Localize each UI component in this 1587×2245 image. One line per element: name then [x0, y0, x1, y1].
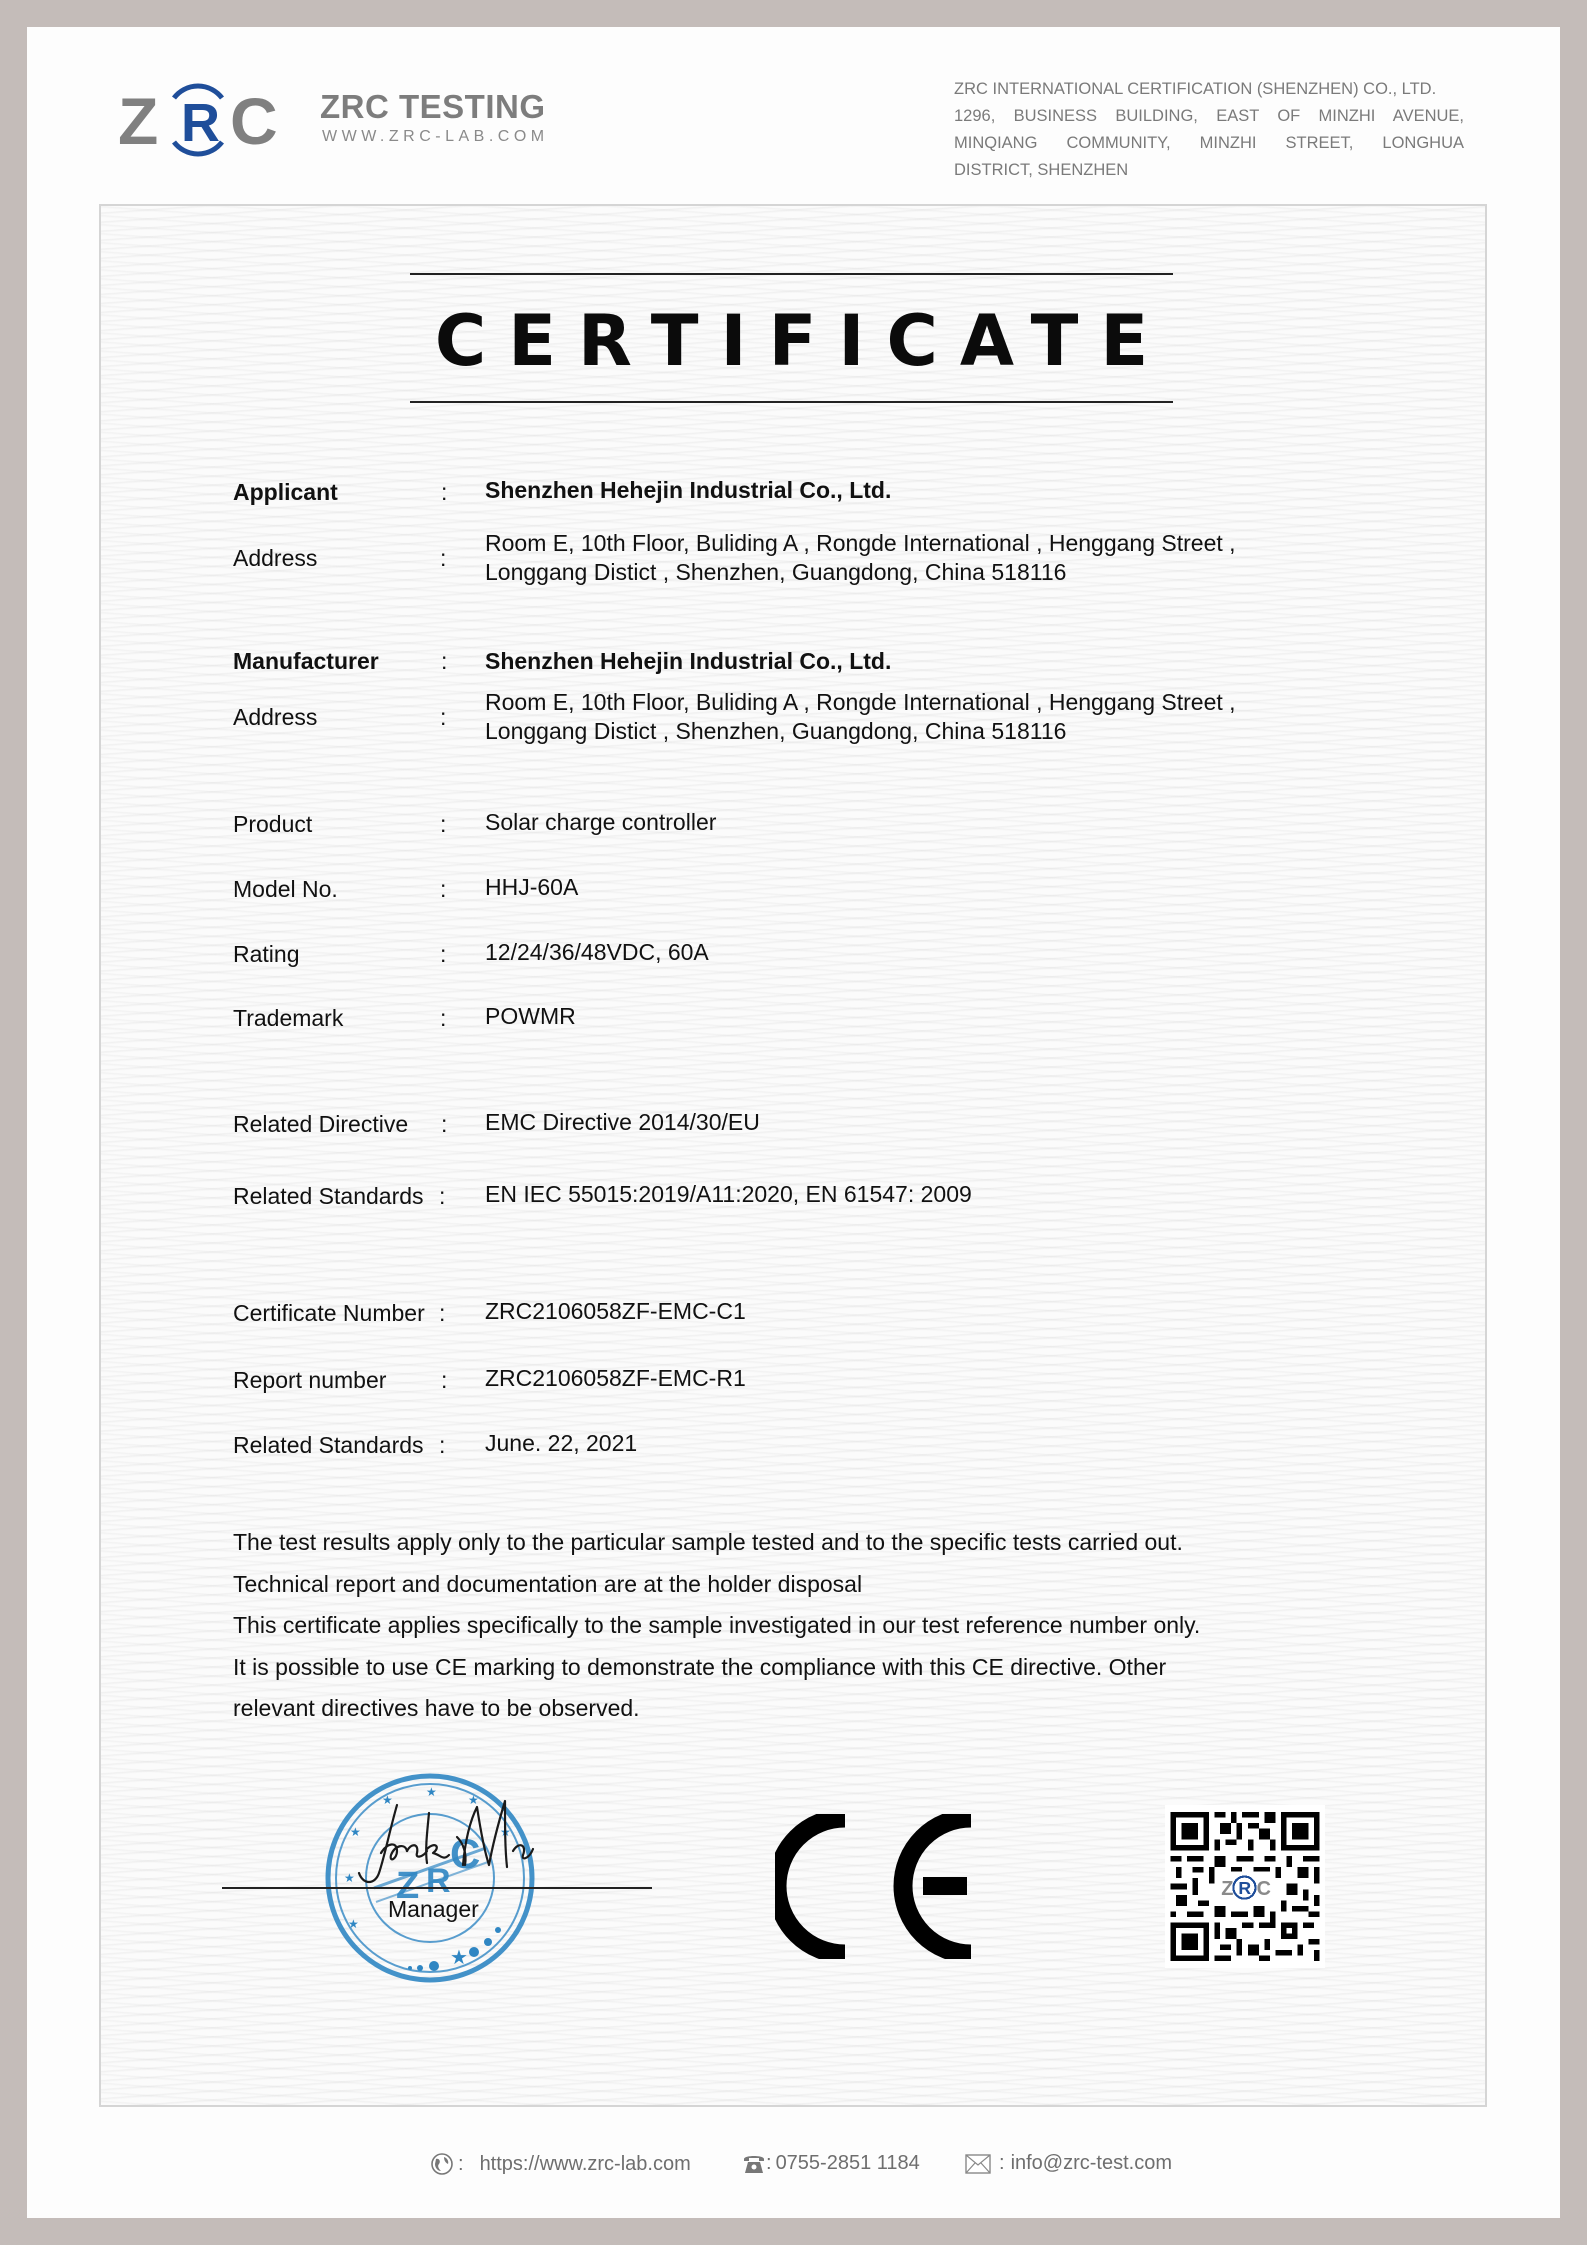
certificate-number-value: ZRC2106058ZF-EMC-C1 — [485, 1297, 746, 1326]
manufacturer-value: Shenzhen Hehejin Industrial Co., Ltd. — [485, 647, 891, 676]
date-value: June. 22, 2021 — [485, 1429, 637, 1458]
report-number-value: ZRC2106058ZF-EMC-R1 — [485, 1364, 746, 1393]
title-rule-top — [410, 273, 1173, 275]
telephone-icon — [742, 2153, 766, 2175]
address-line: Longgang Distict , Shenzhen, Guangdong, … — [485, 558, 1236, 587]
applicant-address-label: Address — [233, 545, 317, 572]
manufacturer-address-value: Room E, 10th Floor, Buliding A , Rongde … — [485, 688, 1236, 746]
svg-text:C: C — [230, 84, 278, 158]
certificate-notes: The test results apply only to the parti… — [233, 1522, 1333, 1730]
footer-contact: : https://www.zrc-lab.com : 0755-2851 11… — [0, 2152, 1587, 2182]
model-label: Model No. — [233, 876, 338, 903]
certificate-title: CERTIFICATE — [410, 300, 1173, 382]
svg-text:★: ★ — [348, 1917, 359, 1931]
address-line: Longgang Distict , Shenzhen, Guangdong, … — [485, 717, 1236, 746]
separator: : — [766, 2152, 772, 2175]
trademark-label: Trademark — [233, 1005, 343, 1032]
svg-text:★: ★ — [450, 1947, 468, 1969]
address-line: Room E, 10th Floor, Buliding A , Rongde … — [485, 688, 1236, 717]
manufacturer-address-label: Address — [233, 704, 317, 731]
brand-name: ZRC TESTING — [320, 88, 546, 126]
rating-value: 12/24/36/48VDC, 60A — [485, 938, 709, 967]
footer-email: : info@zrc-test.com — [965, 2152, 1172, 2175]
zrc-logo: Z R C — [118, 80, 298, 160]
separator: : — [458, 2153, 464, 2176]
product-value: Solar charge controller — [485, 808, 716, 837]
separator: : — [999, 2152, 1005, 2175]
footer-website: : https://www.zrc-lab.com — [430, 2152, 691, 2176]
directive-value: EMC Directive 2014/30/EU — [485, 1108, 760, 1137]
certificate-number-label: Certificate Number — [233, 1300, 425, 1327]
note-line: This certificate applies specifically to… — [233, 1605, 1333, 1647]
manager-signature — [345, 1793, 575, 1893]
address-line: Room E, 10th Floor, Buliding A , Rongde … — [485, 529, 1236, 558]
email-link[interactable]: info@zrc-test.com — [1011, 2152, 1172, 2175]
standards-value: EN IEC 55015:2019/A11:2020, EN 61547: 20… — [485, 1180, 972, 1209]
colon: : — [440, 1005, 446, 1032]
colon: : — [441, 1367, 447, 1394]
applicant-label: Applicant — [233, 479, 338, 506]
company-name: ZRC INTERNATIONAL CERTIFICATION (SHENZHE… — [954, 76, 1464, 103]
applicant-value: Shenzhen Hehejin Industrial Co., Ltd. — [485, 476, 891, 505]
colon: : — [440, 704, 446, 731]
rating-label: Rating — [233, 941, 299, 968]
company-address-line: DISTRICT, SHENZHEN — [954, 157, 1464, 184]
applicant-address-value: Room E, 10th Floor, Buliding A , Rongde … — [485, 529, 1236, 587]
footer-phone: : 0755-2851 1184 — [742, 2152, 920, 2175]
model-value: HHJ-60A — [485, 873, 578, 902]
colon: : — [439, 1183, 445, 1210]
globe-icon — [430, 2152, 454, 2176]
company-address-line: 1296, BUSINESS BUILDING, EAST OF MINZHI … — [954, 103, 1464, 130]
standards-label: Related Standards — [233, 1183, 424, 1210]
date-label: Related Standards — [233, 1432, 424, 1459]
svg-text:Z: Z — [118, 84, 158, 158]
colon: : — [440, 941, 446, 968]
note-line: It is possible to use CE marking to demo… — [233, 1647, 1333, 1689]
trademark-value: POWMR — [485, 1002, 576, 1031]
svg-text:Z: Z — [1221, 1878, 1233, 1900]
colon: : — [440, 545, 446, 572]
svg-text:R: R — [181, 93, 220, 153]
svg-text:R: R — [1238, 1878, 1251, 1898]
product-label: Product — [233, 811, 312, 838]
signature-line — [222, 1887, 652, 1889]
svg-text:C: C — [1257, 1878, 1271, 1900]
phone-number[interactable]: 0755-2851 1184 — [776, 2152, 920, 2175]
colon: : — [441, 1111, 447, 1138]
title-rule-bottom — [410, 401, 1173, 403]
note-line: relevant directives have to be observed. — [233, 1688, 1333, 1730]
ce-mark-icon — [775, 1814, 975, 1959]
qr-code[interactable]: Z R C — [1165, 1805, 1325, 1968]
brand-url: WWW.ZRC-LAB.COM — [322, 128, 549, 146]
note-line: The test results apply only to the parti… — [233, 1522, 1333, 1564]
colon: : — [441, 648, 447, 675]
envelope-icon — [965, 2154, 991, 2174]
colon: : — [441, 479, 447, 506]
company-address-block: ZRC INTERNATIONAL CERTIFICATION (SHENZHE… — [954, 76, 1464, 184]
note-line: Technical report and documentation are a… — [233, 1564, 1333, 1606]
company-address-line: MINQIANG COMMUNITY, MINZHI STREET, LONGH… — [954, 130, 1464, 157]
report-number-label: Report number — [233, 1367, 386, 1394]
signatory-title: Manager — [388, 1896, 479, 1923]
manufacturer-label: Manufacturer — [233, 648, 379, 675]
colon: : — [440, 811, 446, 838]
website-link[interactable]: https://www.zrc-lab.com — [480, 2153, 691, 2176]
colon: : — [439, 1300, 445, 1327]
directive-label: Related Directive — [233, 1111, 408, 1138]
colon: : — [440, 876, 446, 903]
colon: : — [439, 1432, 445, 1459]
